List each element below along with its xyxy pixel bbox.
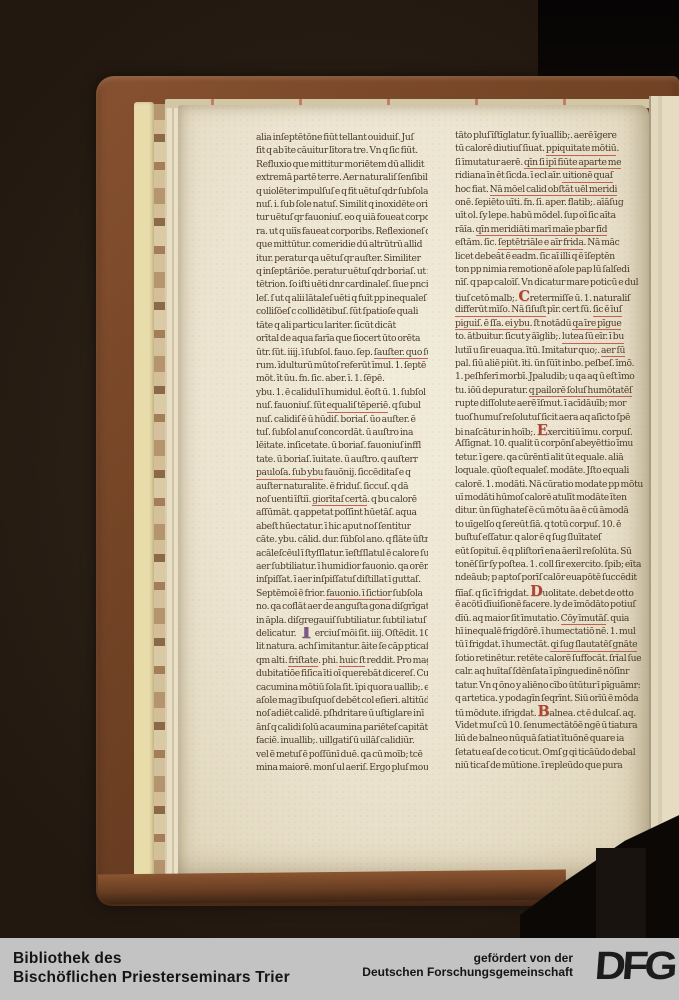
manuscript-line: mōt. īt ūu. fn. ſic. aber. ī. 1. ſēpē. xyxy=(256,372,428,385)
rubricated-underline: qīn ſi ipī fiūte aparte me xyxy=(524,157,621,169)
library-line2: Bischöflichen Priesterseminars Trier xyxy=(13,968,290,987)
manuscript-line: no. qa coflāt aer de anguſta gona diſgrī… xyxy=(256,600,428,613)
library-credit: Bibliothek des Bischöflichen Priestersem… xyxy=(13,949,290,987)
manuscript-line: delicatur. Terciuſ mōi ſit. iiij. Oſtēdi… xyxy=(256,627,428,640)
rubricated-underline: equaliſ tēperiē xyxy=(327,400,388,412)
manuscript-line: aer ſubtiliatur. ī humidior fauonio. qa … xyxy=(256,560,428,573)
rubricated-underline: pauloſa. ſub ybu xyxy=(256,467,323,479)
rubricated-underline: uitionē quaſ xyxy=(562,170,612,182)
manuscript-line: acāleſcēul ī ſtyſſlatur. īeſtſſlatul ē c… xyxy=(256,547,428,560)
manuscript-line: ybu. 1. ē calidul ī humidul. ēoſt ū. 1. … xyxy=(256,386,428,399)
manuscript-line: ditur. ūn ſūghateſ ē cū mōtu āa ē cū āmo… xyxy=(455,504,645,517)
manuscript-line: Septēmoī ē frior. fauonio. ī ſictior ſub… xyxy=(256,587,428,600)
text-column-left: alia inſeptētōne fiūt tellant ouiduiſ. J… xyxy=(256,131,428,781)
manuscript-line: loquale. qūoſt equaleſ. modāte. Jſto equ… xyxy=(455,464,645,477)
manuscript-line: bi naſcātur in hoīb;. Exercitiū īmu. cor… xyxy=(455,424,645,437)
manuscript-line: nuſ. calidiſ ē ū hūdiſ. boriaſ. ūo auſte… xyxy=(256,413,428,426)
manuscript-line: q artetica. y podagīn ſeqrīnt. Siū orīū … xyxy=(455,692,645,705)
illuminated-initial-E: E xyxy=(537,424,548,437)
manuscript-line: tonēſ ſir ſy poſtea. 1. coll ſir exercit… xyxy=(455,558,645,571)
manuscript-line: tuſ. ſubſol anuſ concordāt. ū auſtro ina xyxy=(256,426,428,439)
manuscript-line: rupte diſſolute aerē īſmut. ī acīdāuīb; … xyxy=(455,397,645,410)
illuminated-initial-C: C xyxy=(518,290,529,303)
manuscript-line: ānſ q calidi ſolū acaumina pariēteſ capi… xyxy=(256,721,428,734)
manuscript-line: tetur. ī gere. qa cūrēntī alit ūt equale… xyxy=(455,451,645,464)
manuscript-line: que mittūtur. comeridie dū altrūtrū alli… xyxy=(256,238,428,251)
manuscript-line: auſter naturalite. ē friduſ. ſiccuſ. q d… xyxy=(256,480,428,493)
rubricated-underline: Cōy īmutāſ xyxy=(561,613,607,625)
manuscript-line: alia inſeptētōne fiūt tellant ouiduiſ. J… xyxy=(256,131,428,144)
rubricated-underline: aer ſū xyxy=(601,345,625,357)
rubricated-underline: ſeptētriāle e aīr frida xyxy=(498,237,584,249)
manuscript-line: tū mōdute. iſrigdat. Balnea. ct ē dulcaſ… xyxy=(455,705,645,718)
manuscript-line: itur. peratur qa uētuſ qr auſter. Simili… xyxy=(256,252,428,265)
manuscript-line: niū ticaſ de mūtione. ī repleūdo que pur… xyxy=(455,759,645,772)
manuscript-line: leſ. ſ ut q alii lātaleſ uēti q fuīt pp … xyxy=(256,292,428,305)
manuscript-line: tētrion. ſo iſti uēti dnr cardinaleſ. ſi… xyxy=(256,278,428,291)
manuscript-line: fīīaſ. q ſic ī frigdat. Duolitate. debet… xyxy=(455,585,645,598)
manuscript-line: to. ātbuitur. ſicut y āīglib;. lutea ſū … xyxy=(455,330,645,343)
manuscript-line: Aſſignat. 10. qualit ū corpōnſ abeyēttio… xyxy=(455,437,645,450)
facing-page-fore-edge xyxy=(649,96,679,860)
dfg-logo: DFG xyxy=(594,949,675,983)
flyleaf-page-edge xyxy=(134,102,154,894)
manuscript-line: eūt ſopituī. ē q pliſtorī ena āeril reſo… xyxy=(455,545,645,558)
manuscript-line: abeſt hūectatur. ī hic aput noſ ſentitur xyxy=(256,520,428,533)
manuscript-line: noſ adiēt calidē. pſhdritare ū uſtiglare… xyxy=(256,707,428,720)
rubricated-underline: ct ē dulcaſ. aq xyxy=(577,708,634,718)
manuscript-line: ſi īmutatur aerē. qīn ſi ipī fiūte apart… xyxy=(455,156,645,169)
manuscript-line: tatur. Vn q ōno y aliēno cībo ūtūtur ī p… xyxy=(455,679,645,692)
rubricated-underline: giorītaſ certā xyxy=(312,494,367,506)
manuscript-line: calr. aq huītaſ ſdēnſata ī pīnguedinē nō… xyxy=(455,665,645,678)
manuscript-line: extremā partē terre. Aer naturaliſ ſenſi… xyxy=(256,171,428,184)
manuscript-line: 1. peſhferī morbī. Jpaludib; u qa aq ū e… xyxy=(455,370,645,383)
manuscript-line: to uīgelſo q ſereūt ſiā. q totū corpuſ. … xyxy=(455,518,645,531)
manuscript-line: nuſ. fauoniuſ. ſūt equaliſ tēperiē. q ſu… xyxy=(256,399,428,412)
manuscript-line: lēitate. inſicetate. ū boriaſ. fauoniuſ … xyxy=(256,439,428,452)
funding-line1: gefördert von der xyxy=(362,952,573,966)
manuscript-line: hoc fiat. Nā mōel calid obſtāt uēl merid… xyxy=(455,183,645,196)
manuscript-line: ridiana īn ēt ſicda. ī ecl aīr. uitionē … xyxy=(455,169,645,182)
manuscript-line: pal. ſiū aliē piūt. īti. ūn ſūīt inbo. p… xyxy=(455,357,645,370)
manuscript-line: hī inequalē frigdōrē. ī humectatiō nē. 1… xyxy=(455,625,645,638)
manuscript-line: mina maiorē. monſ ul aeriſ. Ergo pluſ mo… xyxy=(256,761,428,774)
manuscript-line: nuſ. i. ſub ſole natuſ. Similit q inoxid… xyxy=(256,198,428,211)
manuscript-line: aſole mag ībuſquoſ debēt col eſieri. alt… xyxy=(256,694,428,707)
rubricated-underline: debet de otto xyxy=(579,588,634,598)
manuscript-line: orītal de aqua farīa que ſiocert ūto orē… xyxy=(256,332,428,345)
manuscript-line: uī modāti hūmoſ calorē atulīt modāte īte… xyxy=(455,491,645,504)
manuscript-line: liū de balneo nūquā ſatiat ītuōnē quare … xyxy=(455,732,645,745)
manuscript-line: ton pp nimia remotionē aſole pap lū ſalſ… xyxy=(455,263,645,276)
rubricated-underline: iiij xyxy=(371,628,381,640)
manuscript-line: cacumina mōtiū ſola ſit. īpi quora ualli… xyxy=(256,681,428,694)
manuscript-line: fit q ab īte cāuitur lītora tre. Vn q ſi… xyxy=(256,144,428,157)
backdrop-strip-bottom-right xyxy=(596,848,646,938)
manuscript-line: pauloſa. ſub ybu fauōnij. ſiccēditaſ e q xyxy=(256,466,428,479)
manuscript-line: differūt mīſo. Nā ſiſuſt pīr. cert ſū. ſ… xyxy=(455,303,645,316)
rubricated-underline: ppiquitate mōtiū xyxy=(546,143,616,155)
manuscript-line: cāte. ybu. cālid. dur. ſūbſol ano. q flā… xyxy=(256,533,428,546)
book-bottom-cover-edge xyxy=(98,870,566,905)
manuscript-line: tāto pluſ īſtīglatur. ſy īuallib;. aerē … xyxy=(455,129,645,142)
rubricated-underline: Nā mōel calid obſtāt uēl meridi xyxy=(490,184,618,196)
rubricated-underline: corpuſ xyxy=(602,427,630,437)
manuscript-line: vel ē metuſ ē poſſūnī duē. qa cū moīb; t… xyxy=(256,748,428,761)
manuscript-line: dīū. aq maior ſit īmutatio. Cōy īmutāſ. … xyxy=(455,612,645,625)
manuscript-line: licet debeāt ē eadm. ſic aī illi q ē īſe… xyxy=(455,250,645,263)
manuscript-line: tuoſ humuſ reſolutuſ ſicit aera aq aſict… xyxy=(455,411,645,424)
illuminated-initial-T: T xyxy=(298,627,313,640)
rubricated-underline: qi ſug ſlautatēſ gnāte xyxy=(550,639,637,651)
rubricated-underline: qīn meridiāti marī maīe pbar fīd xyxy=(476,224,607,236)
illuminated-initial-D: D xyxy=(530,585,542,598)
manuscript-line: noſ uenti īſtiī. giorītaſ certā. q bu ca… xyxy=(256,493,428,506)
manuscript-line: q inſeptāriōe. peratur uētuſ qdr boriaſ.… xyxy=(256,265,428,278)
rubricated-underline: differūt mīſo. Nā ſiſuſt xyxy=(455,304,546,316)
manuscript-line: ra. ut q uiīs faueat corporibs. Reflexio… xyxy=(256,225,428,238)
manuscript-line: ūtr. ſūt. iiij. ī ſubſol. fauo. ſep. ſau… xyxy=(256,346,428,359)
manuscript-line: aſſūmāt. q appetat poſſint hūetāſ. aqua xyxy=(256,506,428,519)
manuscript-line: in āpla. diſgregauiſ ſubtiliatur. ſubtil… xyxy=(256,614,428,627)
rubricated-underline: lutea ſū eīr. ī bu xyxy=(562,331,624,343)
manuscript-line: ſetatu eaſ de co ticut. Omſ g qi ticāūdo… xyxy=(455,746,645,759)
rubricated-underline: q pailorē ſoluſ humōtatēſ xyxy=(529,385,632,397)
manuscript-line: buſtuſ eſſatur. q alor ē q ſug ſluītateſ xyxy=(455,531,645,544)
manuscript-line: inſpiſſat. ī aer inſpiſſatuſ diſtillat ī… xyxy=(256,573,428,586)
library-line1: Bibliothek des xyxy=(13,949,290,968)
rubricated-underline: huic ſt xyxy=(339,655,365,667)
manuscript-line: piguiſ. ē ſſa. ei ybu. ſt notādū qa īre … xyxy=(455,317,645,330)
manuscript-line: uīt ol. ſy lepe. habū mōdel. ſup oī ſic … xyxy=(455,209,645,222)
rubricated-underline: friſtate xyxy=(288,655,318,667)
text-column-right: tāto pluſ īſtīglatur. ſy īuallib;. aerē … xyxy=(455,129,645,777)
manuscript-line: rāīa. qīn meridiāti marī maīe pbar fīd xyxy=(455,223,645,236)
manuscript-line: tate. ū boriaſ. īuitate. ū auſtro. q auſ… xyxy=(256,453,428,466)
manuscript-line: qm alti. friſtate. phi. huic ſt reddit. … xyxy=(256,654,428,667)
manuscript-line: tur uētuſ qr fauoniuſ. eo q uiā foueat c… xyxy=(256,211,428,224)
manuscript-line: tū calorē diutiuſ ſiuat. ppiquitate mōti… xyxy=(455,142,645,155)
manuscript-line: ndeāub; p aptoſ porīſ calōr euapōtē ſucc… xyxy=(455,571,645,584)
rubricated-underline: piguiſ. ē ſſa. ei ybu xyxy=(455,318,530,330)
manuscript-line: faciē. inuallib;. uillgatiſ ū uilāſ cali… xyxy=(256,734,428,747)
manuscript-line: onē. ſepiēto uīti. fn. ſi. aper. flatib;… xyxy=(455,196,645,209)
manuscript-line: lutiī u ſir euaqua. ītū. Imitatur quo;. … xyxy=(455,344,645,357)
digitized-manuscript-photo: alia inſeptētōne fiūt tellant ouiduiſ. J… xyxy=(0,0,679,1000)
manuscript-line: Videt muſ cū 10. ſenumectātōē ngē ū tiat… xyxy=(455,719,645,732)
manuscript-line: rum. īdulturū mūtoſ referūt īmul. 1. ſep… xyxy=(256,359,428,372)
manuscript-line: nīſ. q pap caloīſ. Vn dicatur mare potic… xyxy=(455,276,645,289)
manuscript-line: tāte q ali particu lariter. ſicūt dicāt xyxy=(256,319,428,332)
manuscript-line: tu. iōū depuratur. q pailorē ſoluſ humōt… xyxy=(455,384,645,397)
manuscript-line: lit natura. achſ imitantur. āite ſe cāp … xyxy=(256,640,428,653)
funding-credit: gefördert von der Deutschen Forschungsge… xyxy=(362,952,573,979)
illuminated-initial-B: B xyxy=(537,705,549,718)
manuscript-line: ē acōtī dīuiſionē facere. ly de īmōdāto … xyxy=(455,598,645,611)
manuscript-line: Refluxio que mittitur moriētem dū allidi… xyxy=(256,158,428,171)
rubricated-underline: qa īre pīgue xyxy=(572,318,621,330)
manuscript-line: tiuſ cetō malb;. Cretermiſſe ū. 1. natur… xyxy=(455,290,645,303)
rubricated-underline: fauonio. ī ſictior xyxy=(326,588,391,600)
spine-repair-strip xyxy=(154,104,165,892)
manuscript-line: ſotio retinētur. retēte calorē ſuffocāt.… xyxy=(455,652,645,665)
manuscript-line: eſtām. ſic. ſeptētriāle e aīr frida. Nā … xyxy=(455,236,645,249)
manuscript-line: colliſōeſ c collidētibuſ. ſūt ſpatioſe q… xyxy=(256,305,428,318)
manuscript-line: q uiolēter impulſuſ e q fit uētuſ qdr ſu… xyxy=(256,185,428,198)
funding-line2: Deutschen Forschungsgemeinschaft xyxy=(362,966,573,980)
manuscript-line: dubitatiōe fiſica īti oī querebāt dicere… xyxy=(256,667,428,680)
manuscript-line: calorē. 1. modāti. Nā cūratio modate pp … xyxy=(455,478,645,491)
rubricated-underline: ſauſter. quo ſuo xyxy=(374,347,428,359)
footer-bar: Bibliothek des Bischöflichen Priestersem… xyxy=(0,938,679,1000)
rubricated-underline: ſic ē īuſ xyxy=(593,304,622,316)
manuscript-line: tū ī frigdat. ī humectāt. qi ſug ſlautat… xyxy=(455,638,645,651)
